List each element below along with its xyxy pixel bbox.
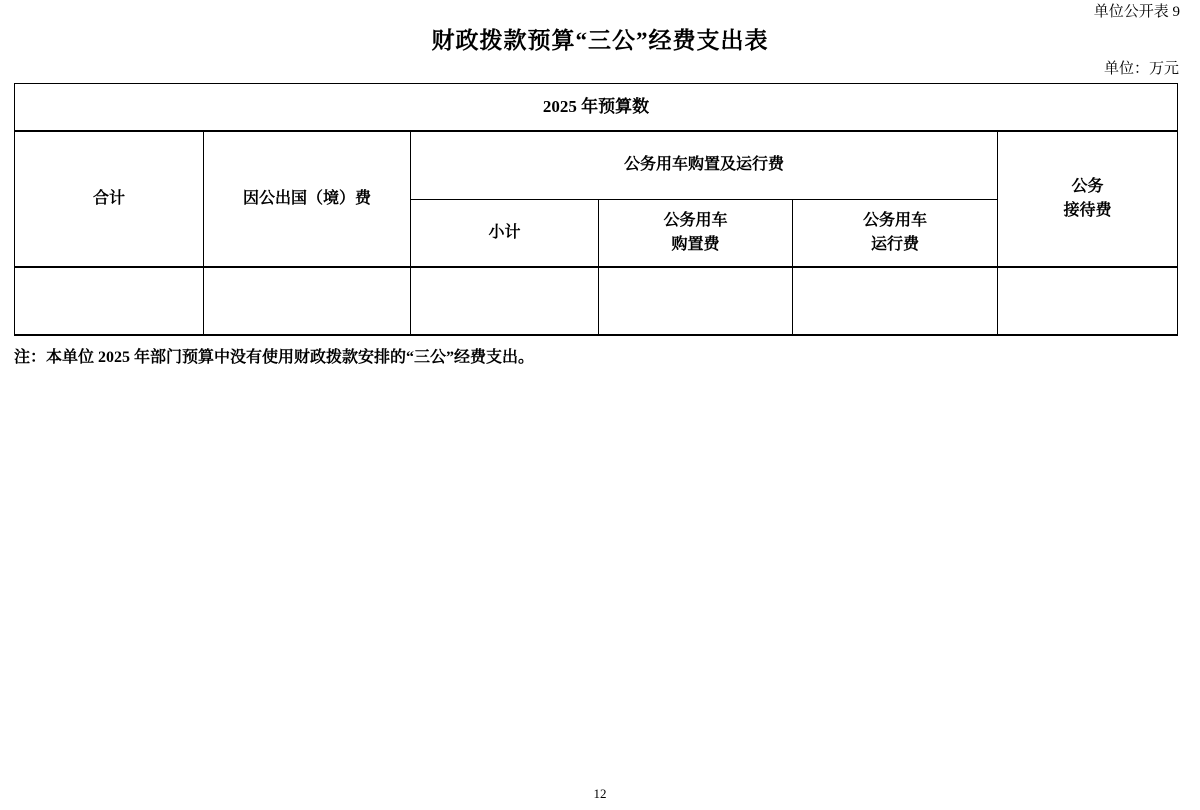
document-title: 财政拨款预算“三公”经费支出表 (0, 26, 1200, 56)
three-public-expense-table: 2025 年预算数 合计 因公出国（境）费 公务用车购置及运行费 公务 接待费 … (14, 83, 1178, 336)
data-cell-total (15, 267, 204, 335)
data-cell-vehicle-operation (793, 267, 998, 335)
table-data-row (15, 267, 1178, 335)
document-page: 单位公开表 9 财政拨款预算“三公”经费支出表 单位：万元 2025 年预算数 … (0, 0, 1200, 810)
data-cell-vehicle-purchase (599, 267, 793, 335)
data-cell-reception (998, 267, 1178, 335)
header-vehicle-purchase: 公务用车 购置费 (599, 199, 793, 267)
year-header-row: 2025 年预算数 (15, 84, 1178, 132)
data-cell-vehicle-subtotal (411, 267, 599, 335)
note-text: 注：本单位 2025 年部门预算中没有使用财政拨款安排的“三公”经费支出。 (14, 347, 534, 368)
header-vehicle-operation: 公务用车 运行费 (793, 199, 998, 267)
page-number: 12 (0, 786, 1200, 802)
header-total: 合计 (15, 131, 204, 267)
year-header-cell: 2025 年预算数 (15, 84, 1178, 132)
header-vehicle-subtotal: 小计 (411, 199, 599, 267)
header-vehicle-group: 公务用车购置及运行费 (411, 131, 998, 199)
header-reception: 公务 接待费 (998, 131, 1178, 267)
unit-label: 单位：万元 (1104, 59, 1179, 79)
corner-table-label: 单位公开表 9 (1094, 2, 1180, 22)
data-cell-abroad-fee (204, 267, 411, 335)
header-abroad-fee: 因公出国（境）费 (204, 131, 411, 267)
header-row-top: 合计 因公出国（境）费 公务用车购置及运行费 公务 接待费 (15, 131, 1178, 199)
